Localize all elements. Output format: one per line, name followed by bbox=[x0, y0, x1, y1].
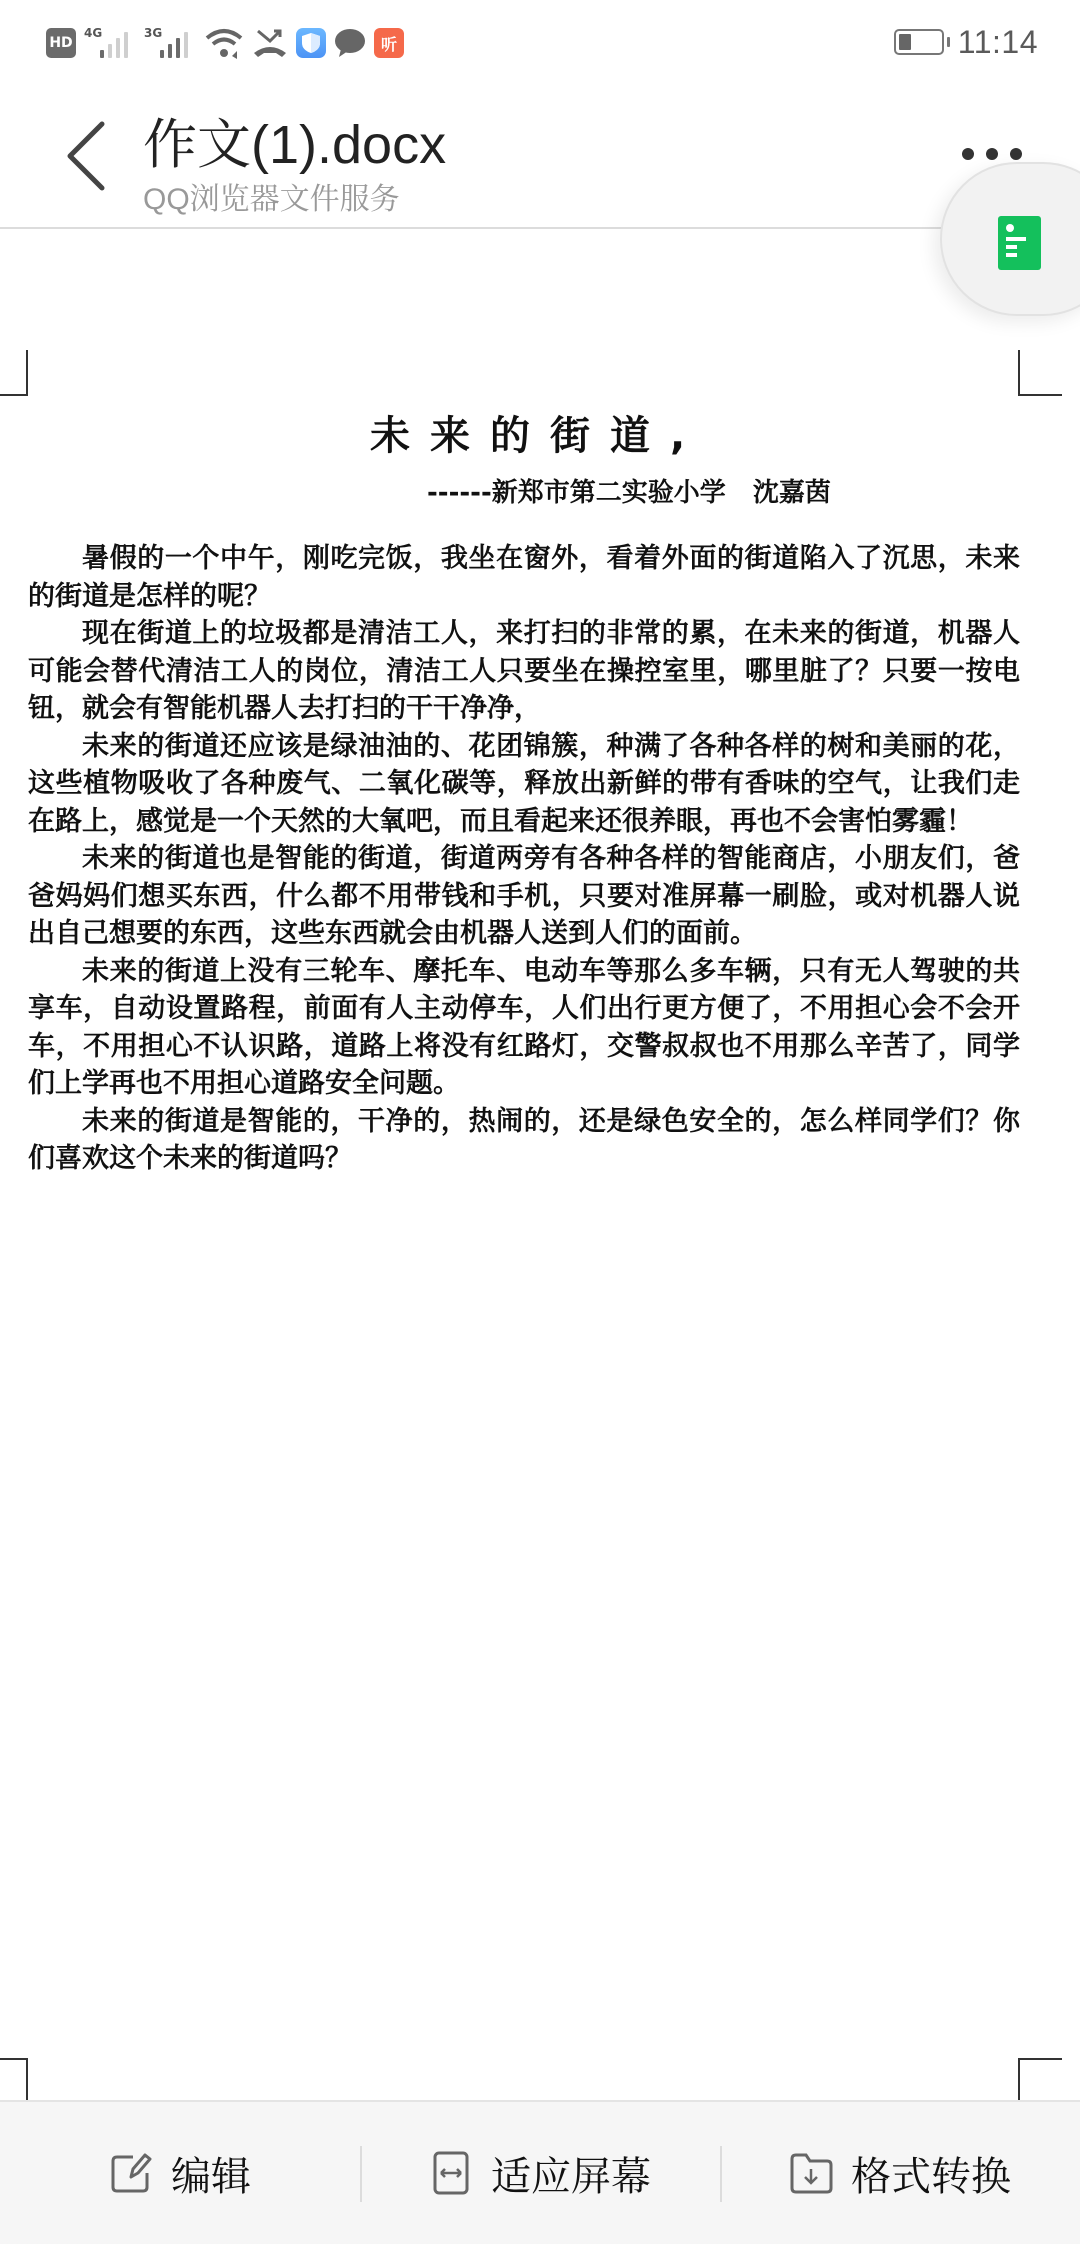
file-title: 作文(1).docx bbox=[143, 102, 446, 179]
fit-screen-label: 适应屏幕 bbox=[491, 2145, 651, 2202]
format-convert-icon bbox=[789, 2151, 833, 2195]
3g-signal-icon: 3G bbox=[144, 26, 196, 60]
edit-icon bbox=[109, 2151, 153, 2195]
paragraph: 暑假的一个中午，刚吃完饭，我坐在窗外，看着外面的街道陷入了沉思，未来的街道是怎样… bbox=[28, 540, 1020, 615]
document-body: 暑假的一个中午，刚吃完饭，我坐在窗外，看着外面的街道陷入了沉思，未来的街道是怎样… bbox=[28, 540, 1020, 1178]
edit-label: 编辑 bbox=[171, 2145, 251, 2202]
edit-button[interactable]: 编辑 bbox=[0, 2102, 360, 2244]
format-convert-button[interactable]: 格式转换 bbox=[720, 2102, 1080, 2244]
outline-float-button[interactable] bbox=[940, 162, 1080, 316]
page-corner-mark bbox=[0, 2058, 28, 2104]
back-button[interactable] bbox=[60, 118, 120, 198]
message-icon bbox=[334, 27, 366, 59]
battery-icon bbox=[894, 29, 944, 55]
hd-icon: HD bbox=[46, 28, 76, 58]
format-convert-label: 格式转换 bbox=[851, 2145, 1011, 2202]
app-header: 作文(1).docx QQ浏览器文件服务 bbox=[0, 84, 1080, 229]
fit-screen-button[interactable]: 适应屏幕 bbox=[360, 2102, 720, 2244]
shield-app-icon bbox=[296, 28, 326, 58]
paragraph: 现在街道上的垃圾都是清洁工人，来打扫的非常的累，在未来的街道，机器人可能会替代清… bbox=[28, 615, 1020, 728]
document-outline-icon bbox=[998, 216, 1041, 270]
status-right: 11:14 bbox=[894, 22, 1038, 62]
page-corner-mark bbox=[1018, 350, 1062, 396]
file-source: QQ浏览器文件服务 bbox=[143, 174, 400, 218]
back-arrow-icon bbox=[60, 118, 120, 198]
clock: 11:14 bbox=[958, 24, 1038, 61]
document-author: ------新郑市第二实验小学 沈嘉茵 bbox=[427, 472, 831, 509]
page-corner-mark bbox=[1018, 2058, 1062, 2104]
missed-call-icon bbox=[252, 27, 288, 59]
paragraph: 未来的街道上没有三轮车、摩托车、电动车等那么多车辆，只有无人驾驶的共享车，自动设… bbox=[28, 953, 1020, 1103]
wifi-icon bbox=[204, 26, 244, 60]
more-dots-icon[interactable] bbox=[962, 148, 1022, 160]
paragraph: 未来的街道是智能的，干净的，热闹的，还是绿色安全的，怎么样同学们？你们喜欢这个未… bbox=[28, 1103, 1020, 1178]
4g-signal-icon: 4G bbox=[84, 26, 136, 60]
paragraph: 未来的街道也是智能的街道，街道两旁有各种各样的智能商店，小朋友们，爸爸妈妈们想买… bbox=[28, 840, 1020, 953]
status-icons: HD 4G 3G 听 bbox=[46, 26, 404, 60]
ting-app-icon: 听 bbox=[374, 28, 404, 58]
document-title: 未来的街道, bbox=[370, 404, 705, 461]
paragraph: 未来的街道还应该是绿油油的、花团锦簇，种满了各种各样的树和美丽的花，这些植物吸收… bbox=[28, 728, 1020, 841]
page-corner-mark bbox=[0, 350, 28, 396]
fit-screen-icon bbox=[429, 2151, 473, 2195]
bottom-toolbar: 编辑 适应屏幕 格式转换 bbox=[0, 2100, 1080, 2244]
status-bar: HD 4G 3G 听 11:14 bbox=[0, 0, 1080, 84]
